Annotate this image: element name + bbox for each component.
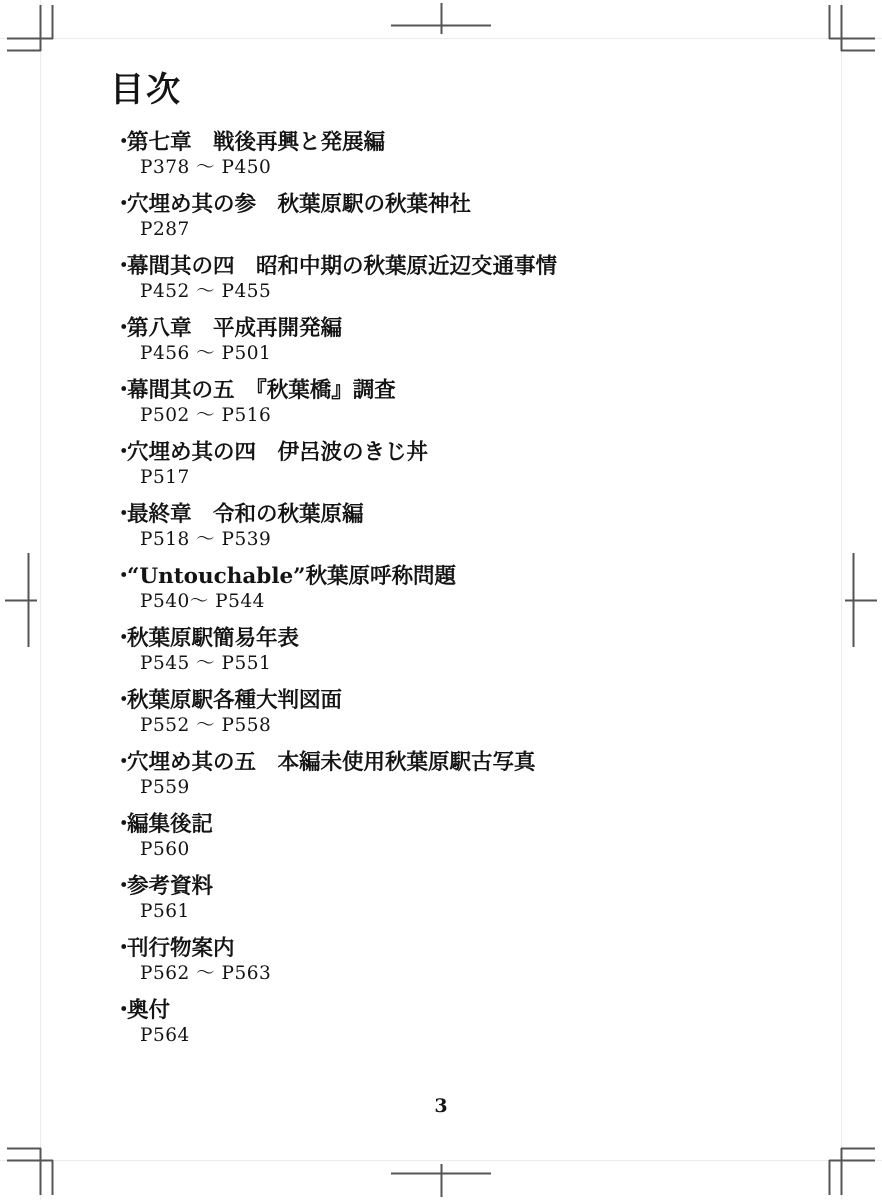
bullet-glyph: ・ [113,874,127,899]
bullet-glyph: ・ [113,130,127,155]
toc-item: ・奥付 P564 [113,998,773,1046]
toc-item-title: ・編集後記 [113,812,773,837]
toc-item-title-text: 第七章 戦後再興と発展編 [127,130,385,155]
toc-item-title-text: 秋葉原駅簡易年表 [127,626,299,651]
toc-item-title: ・幕間其の五 『秋葉橋』調査 [113,378,773,403]
register-mark-left-center [5,553,37,647]
register-mark-top-center [391,3,491,34]
toc-item: ・穴埋め其の四 伊呂波のきじ丼 P517 [113,440,773,488]
register-mark-bottom-center [391,1164,491,1197]
bullet-glyph: ・ [113,750,127,775]
toc-item-title: ・第七章 戦後再興と発展編 [113,130,773,155]
toc-item: ・穴埋め其の五 本編未使用秋葉原駅古写真 P559 [113,750,773,798]
scanned-book-page: { "colors": { "text": "#141414", "crop_m… [0,0,882,1200]
toc-item: ・最終章 令和の秋葉原編 P518 ～ P539 [113,502,773,550]
toc-item-page-range: P562 ～ P563 [140,963,773,984]
crop-mark-bottom-right [829,1148,875,1195]
toc-item-title: ・参考資料 [113,874,773,899]
crop-mark-top-right [829,5,875,51]
toc-item: ・秋葉原駅簡易年表 P545 ～ P551 [113,626,773,674]
toc-item: ・穴埋め其の参 秋葉原駅の秋葉神社 P287 [113,192,773,240]
toc-item-title-text: 編集後記 [127,812,213,837]
toc-item-title: ・刊行物案内 [113,936,773,961]
toc-item-title: ・秋葉原駅各種大判図面 [113,688,773,713]
toc-item-title-text: 参考資料 [127,874,213,899]
toc-item: ・幕間其の四 昭和中期の秋葉原近辺交通事情 P452 ～ P455 [113,254,773,302]
toc-item: ・幕間其の五 『秋葉橋』調査 P502 ～ P516 [113,378,773,426]
toc-item: ・参考資料 P561 [113,874,773,922]
bullet-glyph: ・ [113,378,127,403]
toc-item: ・刊行物案内 P562 ～ P563 [113,936,773,984]
toc-item-title: ・奥付 [113,998,773,1023]
toc-item-title-text: 秋葉原駅各種大判図面 [127,688,342,713]
toc-item-title-text: “Untouchable”秋葉原呼称問題 [127,564,456,589]
toc-item-page-range: P545 ～ P551 [140,653,773,674]
toc-item-page-range: P561 [140,901,773,922]
crop-mark-bottom-left [7,1148,53,1195]
toc-item-page-range: P518 ～ P539 [140,529,773,550]
toc-item: ・編集後記 P560 [113,812,773,860]
page-title: 目次 [110,70,182,110]
toc-item-title: ・“Untouchable”秋葉原呼称問題 [113,564,773,589]
toc-item-title: ・秋葉原駅簡易年表 [113,626,773,651]
page-number: 3 [0,1095,882,1117]
toc-item-title-text: 穴埋め其の五 本編未使用秋葉原駅古写真 [127,750,536,775]
toc-item-title: ・穴埋め其の四 伊呂波のきじ丼 [113,440,773,465]
bullet-glyph: ・ [113,440,127,465]
toc-item-page-range: P540～ P544 [140,591,773,612]
toc-item-page-range: P517 [140,467,773,488]
toc-item-page-range: P378 ～ P450 [140,157,773,178]
toc-item-title-text: 穴埋め其の参 秋葉原駅の秋葉神社 [127,192,471,217]
toc-item: ・第七章 戦後再興と発展編 P378 ～ P450 [113,130,773,178]
toc-item-page-range: P560 [140,839,773,860]
bullet-glyph: ・ [113,812,127,837]
toc-item: ・“Untouchable”秋葉原呼称問題 P540～ P544 [113,564,773,612]
bullet-glyph: ・ [113,626,127,651]
toc-item-page-range: P452 ～ P455 [140,281,773,302]
bullet-glyph: ・ [113,192,127,217]
toc-item-title-text: 幕間其の四 昭和中期の秋葉原近辺交通事情 [127,254,557,279]
toc-item-page-range: P552 ～ P558 [140,715,773,736]
bullet-glyph: ・ [113,688,127,713]
toc-item-title: ・穴埋め其の参 秋葉原駅の秋葉神社 [113,192,773,217]
toc-item-title: ・最終章 令和の秋葉原編 [113,502,773,527]
bullet-glyph: ・ [113,502,127,527]
toc-item-title: ・幕間其の四 昭和中期の秋葉原近辺交通事情 [113,254,773,279]
toc-item-title-text: 第八章 平成再開発編 [127,316,342,341]
toc-item-title: ・穴埋め其の五 本編未使用秋葉原駅古写真 [113,750,773,775]
toc-item-title-text: 奥付 [127,998,170,1023]
toc-item-title: ・第八章 平成再開発編 [113,316,773,341]
toc-item-title-text: 刊行物案内 [127,936,235,961]
bullet-glyph: ・ [113,998,127,1023]
bullet-glyph: ・ [113,936,127,961]
toc-item-title-text: 最終章 令和の秋葉原編 [127,502,364,527]
bullet-glyph: ・ [113,254,127,279]
toc-item: ・秋葉原駅各種大判図面 P552 ～ P558 [113,688,773,736]
toc-item-title-text: 幕間其の五 『秋葉橋』調査 [127,378,396,403]
toc-item-page-range: P287 [140,219,773,240]
toc-item-page-range: P559 [140,777,773,798]
bullet-glyph: ・ [113,316,127,341]
toc-item-page-range: P456 ～ P501 [140,343,773,364]
toc-item-page-range: P564 [140,1025,773,1046]
toc-list: ・第七章 戦後再興と発展編 P378 ～ P450 ・穴埋め其の参 秋葉原駅の秋… [113,130,773,1060]
toc-item-page-range: P502 ～ P516 [140,405,773,426]
register-mark-right-center [845,553,877,647]
toc-item-title-text: 穴埋め其の四 伊呂波のきじ丼 [127,440,428,465]
toc-item: ・第八章 平成再開発編 P456 ～ P501 [113,316,773,364]
crop-mark-top-left [7,5,53,51]
bullet-glyph: ・ [113,564,127,589]
